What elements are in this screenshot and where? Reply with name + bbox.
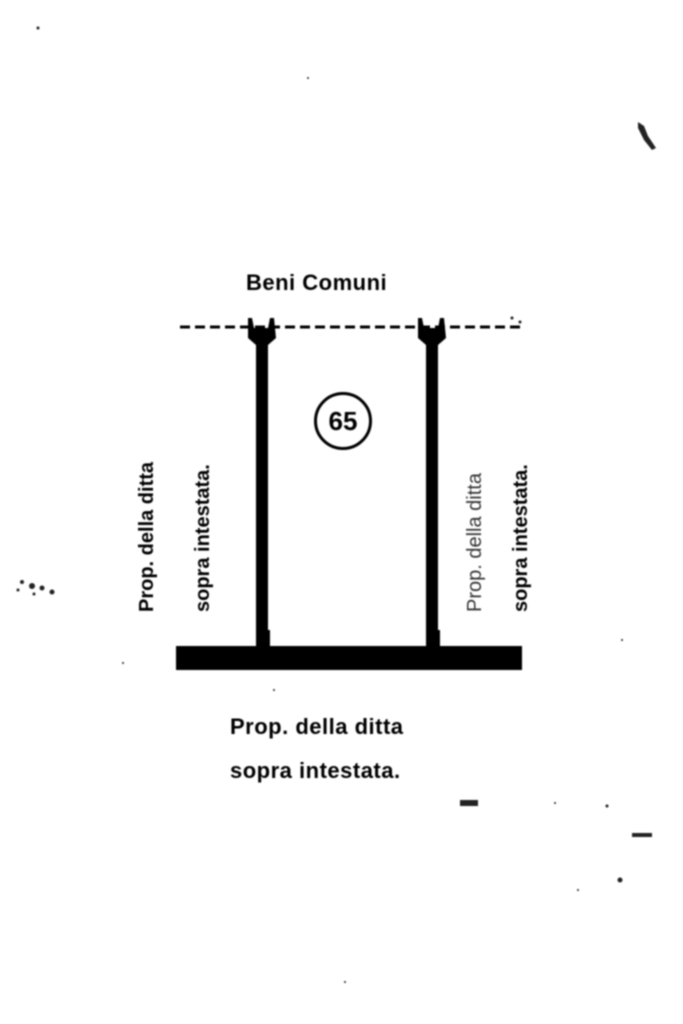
left-label-line2: sopra intestata. — [192, 464, 215, 612]
left-label-line1: Prop. della ditta — [136, 462, 159, 612]
right-wall — [418, 318, 446, 640]
scan-noise — [17, 27, 657, 984]
bottom-boundary-bar — [176, 646, 522, 670]
top-label-beni-comuni: Beni Comuni — [246, 270, 387, 296]
right-label-line1: Prop. della ditta — [464, 473, 487, 612]
bottom-label-line2: sopra intestata. — [230, 758, 401, 784]
plot-number: 65 — [329, 406, 358, 437]
plot-drawing — [0, 0, 683, 1024]
bottom-label-line1: Prop. della ditta — [230, 714, 404, 740]
left-wall — [248, 318, 276, 640]
plot-number-circle: 65 — [314, 392, 372, 450]
right-label-line2: sopra intestata. — [510, 464, 533, 612]
